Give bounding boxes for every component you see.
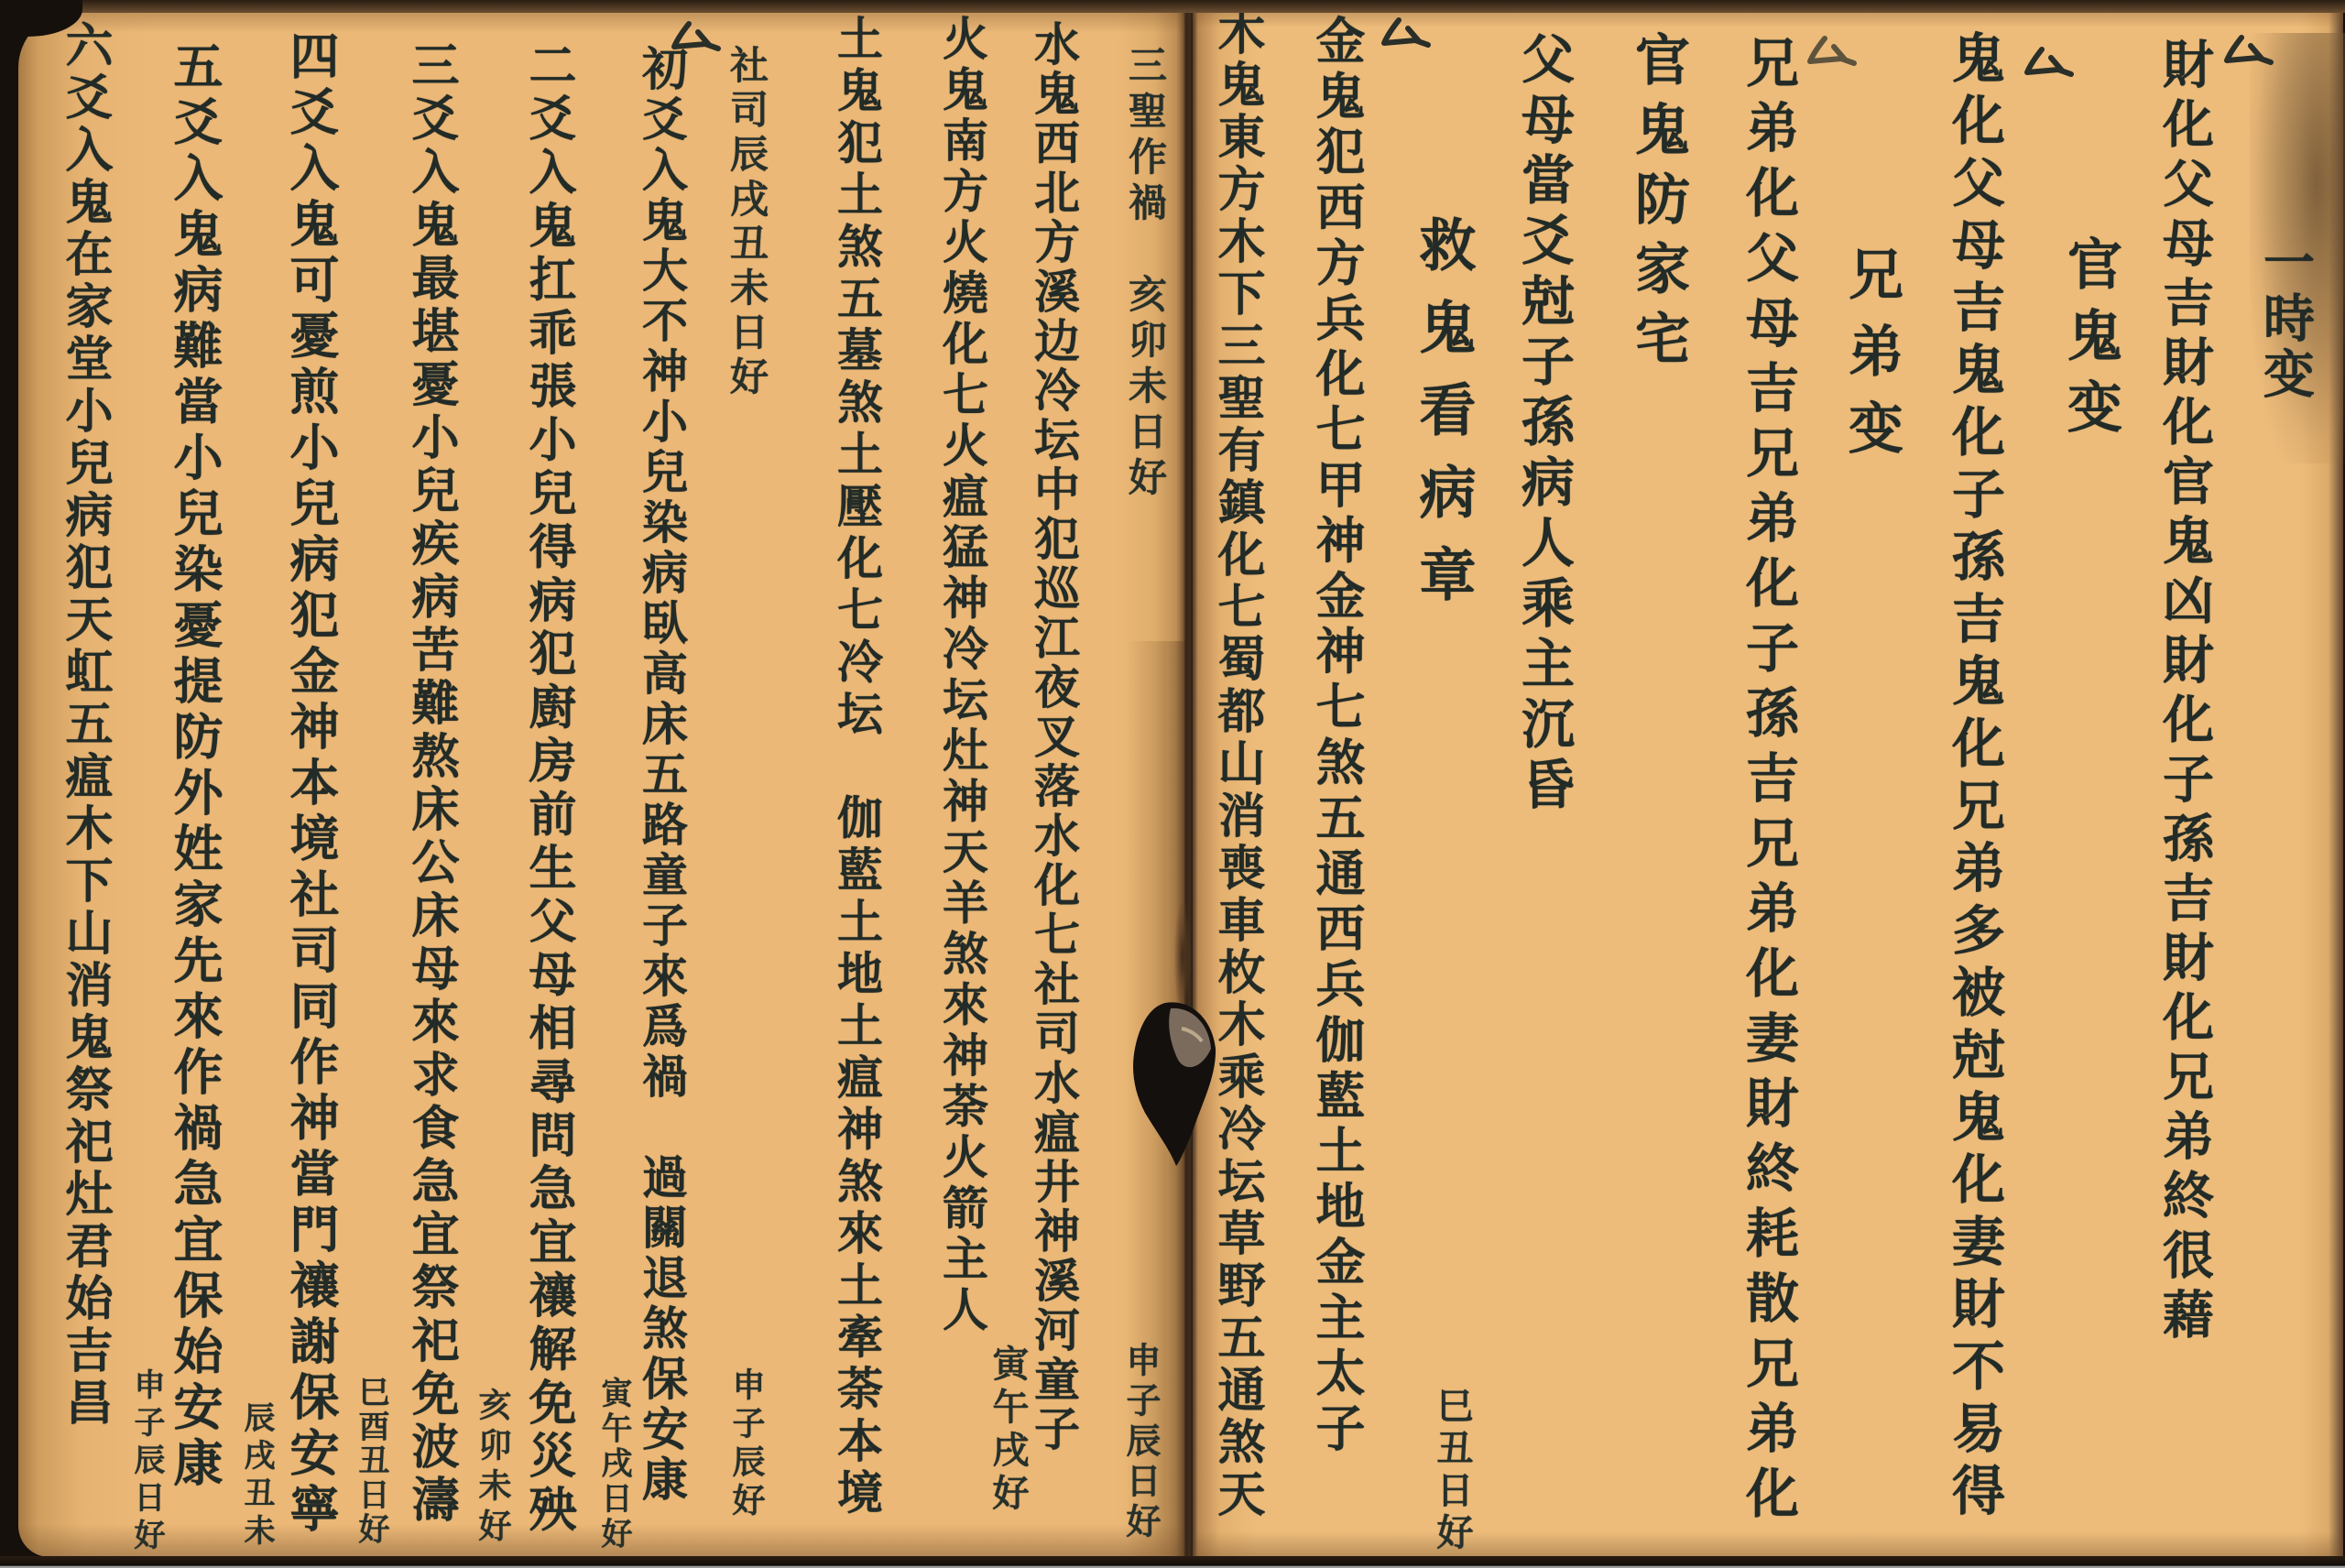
text-column-wood-ghost: 木鬼東方木下三聖有鎮化七蜀都山消喪車枚木乘冷坛草野五通煞天 — [1213, 7, 1260, 1521]
heading-brothers-change: 兄弟变 — [1844, 245, 1899, 476]
left-page: 三聖作禍 亥卯未日好 水鬼西北方溪边冷坛中犯巡江夜叉落水化七社司水瘟井神溪河童子… — [0, 0, 1187, 1568]
heading-official-ghost-change: 官鬼变 — [2063, 235, 2118, 450]
heading-sickness-chapter: 救鬼看病章 — [1414, 215, 1471, 627]
text-column-third-line: 三爻入鬼最堪憂小兒疾病苦難熬床公床母來求食急宜祭祀免波濤 — [407, 40, 454, 1528]
burn-hole — [1129, 994, 1220, 1168]
check-mark-icon — [669, 20, 724, 53]
text-column-sixth-line: 六爻入鬼在家堂小兒病犯天虹五瘟木下山消鬼祭祀灶君始吉昌 — [60, 20, 108, 1430]
text-column-fifth-line: 五爻入鬼病難當小兒染憂提防外姓家先來作禍急宜保始安康 — [170, 40, 220, 1493]
note-shesi-days: 社司辰戌丑未日好 — [727, 45, 766, 401]
right-page: 一時变 財化父母吉財化官鬼凶財化子孫吉財化兄弟終很藉 官鬼变 鬼化父母吉鬼化子孫… — [1187, 0, 2345, 1568]
annotation-shenzichen-water: 申子辰日好 — [1123, 1342, 1158, 1543]
text-column-water-ghost: 水鬼西北方溪边冷坛中犯巡江夜叉落水化七社司水瘟井神溪河童子 — [1031, 20, 1076, 1454]
text-column-second-line: 二爻入鬼扛乖張小兒得病犯廚房前生父母相尋問急宜禳解免災殃 — [524, 40, 572, 1538]
annotation-yinwuxu-second: 寅午戌日好 — [598, 1377, 629, 1552]
top-edge — [0, 0, 2345, 13]
check-mark-icon — [1379, 16, 1434, 49]
text-column-fire-ghost: 火鬼南方火燒化七火瘟猛神冷坛灶神天羊煞來神荼火箭主人 — [939, 15, 985, 1336]
text-column-fourth-line: 四爻入鬼可憂煎小兒病犯金神本境社司同作神當門禳謝保安寧 — [287, 30, 336, 1539]
text-column-ghost-transform: 鬼化父母吉鬼化子孫吉鬼化兄弟多被尅鬼化妻財不易得 — [1947, 30, 2001, 1525]
text-column-metal-ghost: 金鬼犯西方兵化七甲神金神七煞五通西兵伽藍土地金主太子 — [1313, 15, 1362, 1458]
annotation-shenzichen-fifth: 申子辰日好 — [131, 1368, 162, 1556]
check-mark-icon — [2022, 46, 2077, 79]
text-column-guard-house: 官鬼防家宅 — [1631, 31, 1685, 379]
annotation-siyouchou: 巳酉丑日好 — [355, 1376, 387, 1547]
annotation-haimaowei: 亥卯未好 — [476, 1388, 509, 1549]
text-column-first-line: 初爻入鬼大不神小兒染病臥高床五路童子來爲禍 過關退煞保安康 — [638, 45, 684, 1506]
text-column-parents-line: 父母當爻尅子孫病人乘主沉昏 — [1517, 31, 1570, 817]
book-gutter — [1176, 0, 1196, 1568]
manuscript-spread: 三聖作禍 亥卯未日好 水鬼西北方溪边冷坛中犯巡江夜叉落水化七社司水瘟井神溪河童子… — [0, 0, 2345, 1568]
annotation-chenxuchouwei: 辰戌丑未 — [241, 1401, 272, 1552]
annotation-sichou-days: 巳丑日好 — [1434, 1387, 1470, 1555]
check-mark-icon — [1805, 35, 1860, 68]
heading-time-change: 一時变 — [2260, 235, 2311, 403]
note-sansheng-zuohuo: 三聖作禍 亥卯未日好 — [1126, 45, 1164, 503]
check-mark-icon — [2221, 34, 2276, 67]
text-column-brothers-transform: 兄弟化父母吉兄弟化子孫吉兄弟化妻財終耗散兄弟化 — [1741, 35, 1794, 1530]
text-column-wealth-transform: 財化父母吉財化官鬼凶財化子孫吉財化兄弟終很藉 — [2159, 38, 2210, 1347]
bottom-edge — [0, 1556, 2345, 1568]
annotation-shenzichen-first: 申子辰好 — [730, 1367, 763, 1521]
annotation-yinwuxu-fire: 寅午戌好 — [989, 1345, 1026, 1517]
text-column-earth-ghost: 土鬼犯土煞五墓煞土壓化七冷坛 伽藍土地土瘟神煞來土牽荼本境 — [834, 15, 879, 1520]
